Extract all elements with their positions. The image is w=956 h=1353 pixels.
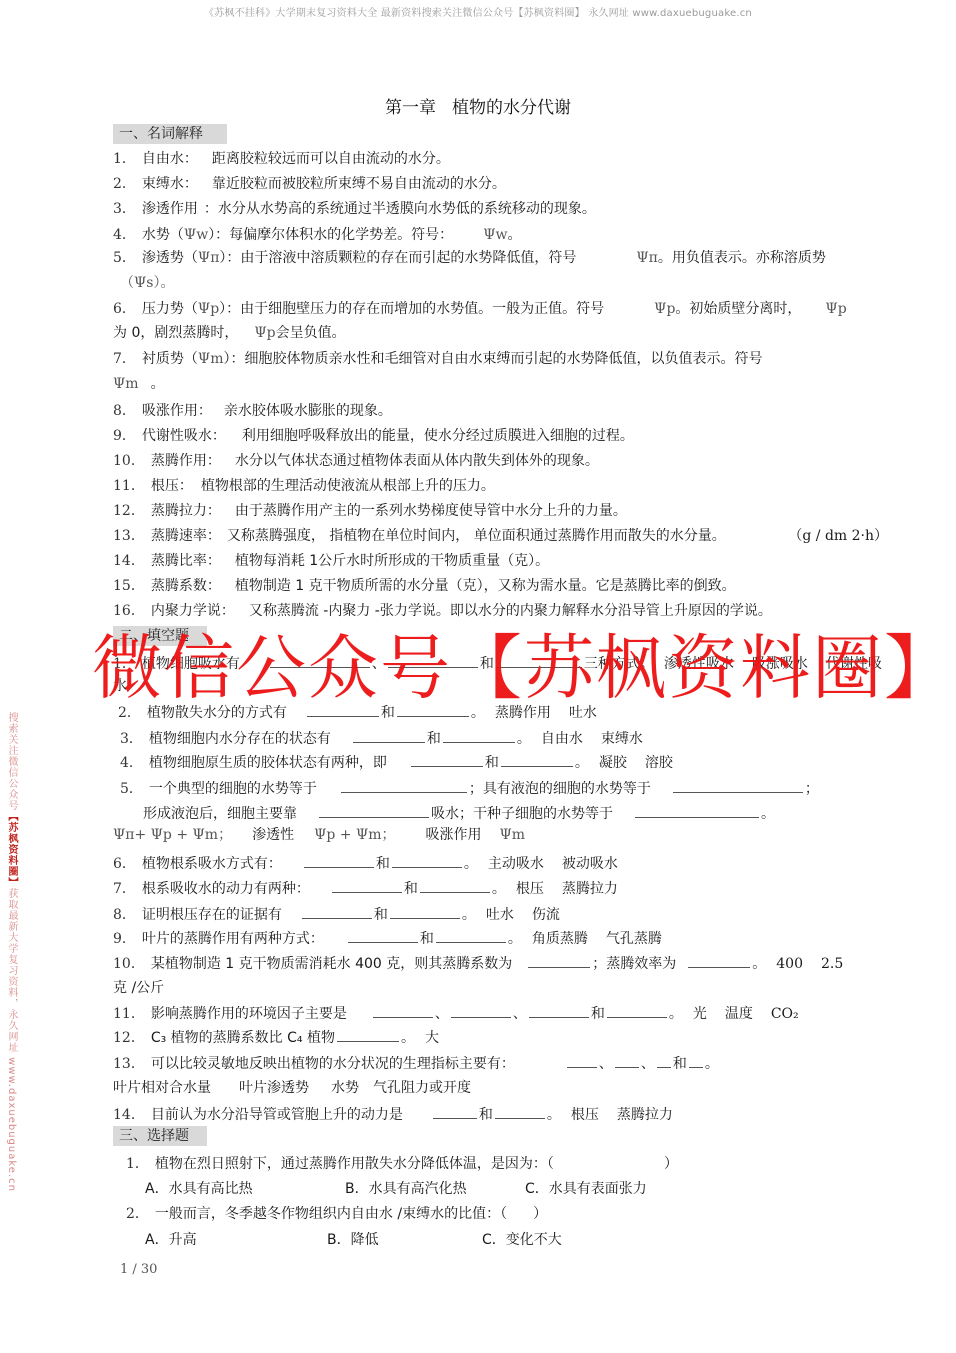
- answer-text: 根压: [571, 1107, 599, 1123]
- option-c[interactable]: C．水具有表面张力: [525, 1180, 647, 1198]
- answer-blank: [657, 1054, 671, 1068]
- answer-text: 被动吸水: [562, 856, 618, 872]
- item-number: 15．: [113, 578, 145, 594]
- item-number: 2．: [126, 1206, 149, 1222]
- fill-item: 4．植物细胞原生质的胶体状态有两种，即和。凝胶溶胶: [120, 753, 691, 772]
- definition-text: 植物制造 1 克干物质所需的水分量（克），又称为需水量。它是蒸腾比率的倒致。: [235, 578, 736, 594]
- question-text: 植物细胞原生质的胶体状态有两种，即: [149, 755, 387, 771]
- term: 根压：: [151, 478, 193, 494]
- page-number: 1 / 30: [120, 1262, 157, 1277]
- punct: 。: [575, 755, 589, 771]
- definition-text: 由于细胞壁压力的存在而增加的水势值。一般为正值。符号: [240, 301, 604, 317]
- answer-blank: [302, 905, 372, 919]
- item-number: 12．: [113, 503, 145, 519]
- answer-blank: [436, 929, 506, 943]
- item-number: 4．: [113, 227, 136, 243]
- punct: 。: [761, 806, 775, 822]
- definition-item: 16．内聚力学说：又称蒸腾流 -内聚力 -张力学说。即以水分的内聚力解释水分沿导…: [113, 602, 772, 620]
- punct: 、: [599, 1056, 613, 1072]
- question-text: 影响蒸腾作用的环境因子主要是: [151, 1006, 347, 1022]
- answer-text: 吐水: [569, 705, 597, 721]
- answer-text: 光: [693, 1006, 707, 1022]
- option-b[interactable]: B．水具有高汽化热: [345, 1180, 525, 1198]
- question-text: 植物在烈日照射下，通过蒸腾作用散失水分降低体温，是因为：（: [155, 1156, 554, 1172]
- option-c[interactable]: C．变化不大: [482, 1231, 562, 1249]
- punct: 。: [752, 956, 766, 972]
- definition-text: 。用负值表示。亦称溶质势: [658, 250, 826, 266]
- psi-symbol: Ψm: [198, 351, 224, 367]
- term: 自由水：: [142, 151, 198, 167]
- answer-text: Ψm: [500, 827, 526, 843]
- definition-text: 由于溶液中溶质颗粒的存在而引起的水势降低值，符号: [240, 250, 576, 266]
- answer-text: 叶片相对合水量: [113, 1080, 211, 1096]
- answer-text: 束缚水: [601, 731, 643, 747]
- choice-item: 2．一般而言，冬季越冬作物组织内自由水 /束缚水的比值：（）: [126, 1205, 547, 1223]
- answer-text: 水: [113, 678, 127, 694]
- psi-symbol: Ψm: [113, 376, 139, 392]
- punct: 。: [462, 907, 476, 923]
- definition-item: 2．束缚水：靠近胶粒而被胶粒所束缚不易自由流动的水分。: [113, 175, 506, 193]
- fill-answers: 叶片相对合水量叶片渗透势水势气孔阻力或开度: [113, 1079, 471, 1097]
- answer-blank: [495, 1105, 545, 1119]
- answer-text: 吐水: [486, 907, 514, 923]
- question-text: 植物根系吸水方式有：: [142, 856, 282, 872]
- answer-blank: [373, 1004, 433, 1018]
- item-number: 5．: [120, 781, 143, 797]
- unit-label: （g / dm 2·h）: [788, 527, 888, 545]
- question-text: 植物散失水分的方式有: [147, 705, 287, 721]
- answer-blank: [390, 905, 460, 919]
- side-banner-text-1: 搜索关注微信公众号: [6, 712, 17, 811]
- definition-continuation: 为 0，剧烈蒸腾时，Ψp会呈负值。: [113, 324, 346, 342]
- answer-text: CO₂: [771, 1006, 799, 1022]
- question-text: C₃ 植物的蒸腾系数比 C₄ 植物: [151, 1030, 335, 1046]
- punct: 和: [404, 881, 418, 897]
- definition-text: 利用细胞呼吸释放出的能量，使水分经过质膜进入细胞的过程。: [242, 428, 634, 444]
- definition-item: 7．衬质势（Ψm）：细胞胶体物质亲水性和毛细管对自由水束缚而引起的水势降低值，以…: [113, 350, 762, 368]
- term: 束缚水：: [142, 176, 198, 192]
- punct: 。: [471, 705, 485, 721]
- definition-text: 每偏摩尔体积水的化学势差。符号：: [229, 227, 453, 243]
- term: ）：: [208, 227, 229, 243]
- term: 蒸腾拉力：: [151, 503, 221, 519]
- punct: 、: [641, 1056, 655, 1072]
- definition-item: 11．根压：植物根部的生理活动使液流从根部上升的压力。: [113, 477, 495, 495]
- punct: 和: [480, 656, 494, 672]
- punct: 。: [547, 1107, 561, 1123]
- answer-text: 2.5: [821, 956, 843, 972]
- answer-text: 气孔蒸腾: [606, 931, 662, 947]
- question-text: 某植物制造 1 克干物质需消耗水 400 克，则其蒸腾系数为: [151, 956, 512, 972]
- question-text: ；具有液泡的细胞的水势等于: [469, 781, 651, 797]
- punct: 和: [591, 1006, 605, 1022]
- answer-blank: [341, 779, 467, 793]
- fill-continuation: 克 /公斤: [113, 979, 164, 997]
- answer-text: 气孔阻力或开度: [373, 1080, 471, 1096]
- question-text: 叶片的蒸腾作用有两种方式：: [142, 931, 324, 947]
- item-number: 10．: [113, 956, 145, 972]
- definition-item: 14．蒸腾比率：植物每消耗 1公斤水时所形成的干物质重量（克）。: [113, 552, 549, 570]
- definition-continuation: （Ψs）。: [120, 274, 174, 292]
- term: ）：: [223, 351, 244, 367]
- answer-blank: [443, 729, 515, 743]
- fill-item: 10．某植物制造 1 克干物质需消耗水 400 克，则其蒸腾系数为；蒸腾效率为。…: [113, 954, 861, 973]
- punct: 和: [673, 1056, 687, 1072]
- item-number: 1．: [126, 1156, 149, 1172]
- question-text: 植物细胞吸水有: [142, 656, 240, 672]
- term: 水势（: [142, 227, 184, 243]
- answer-text: 吸涨作用: [426, 827, 482, 843]
- answer-blank: [307, 703, 379, 717]
- psi-symbol: Ψw: [184, 227, 208, 243]
- definition-item: 6．压力势（Ψp）：由于细胞壁压力的存在而增加的水势值。一般为正值。符号Ψp。初…: [113, 300, 847, 318]
- answer-text: 代谢性吸: [826, 656, 882, 672]
- item-number: 6．: [113, 856, 136, 872]
- question-text: 目前认为水分沿导管或管胞上升的动力是: [151, 1107, 403, 1123]
- term: 内聚力学说：: [151, 603, 235, 619]
- punct: 、: [513, 1006, 527, 1022]
- definition-text: 水分以气体状态通过植物体表面从体内散失到体外的现象。: [235, 453, 599, 469]
- definition-text: 靠近胶粒而被胶粒所束缚不易自由流动的水分。: [212, 176, 506, 192]
- fill-continuation: 形成液泡后，细胞主要靠吸水；干种子细胞的水势等于。: [143, 804, 775, 823]
- answer-blank: [615, 1054, 639, 1068]
- punct: 和: [420, 931, 434, 947]
- term: 代谢性吸水：: [142, 428, 226, 444]
- question-text: 植物细胞内水分存在的状态有: [149, 731, 331, 747]
- psi-symbol: Ψw: [483, 227, 507, 243]
- option-a[interactable]: A．升高: [145, 1231, 327, 1249]
- psi-symbol: Ψπ: [198, 250, 219, 266]
- fill-item: 7．根系吸收水的动力有两种：和。根压蒸腾拉力: [113, 879, 636, 898]
- answer-text: 吸涨吸水: [752, 656, 808, 672]
- answer-blank: [348, 929, 418, 943]
- question-text: 证明根压存在的证据有: [142, 907, 282, 923]
- answer-text: Ψπ+ Ψp + Ψm；: [113, 827, 232, 843]
- answer-blank: [689, 1054, 703, 1068]
- fill-item: 3．植物细胞内水分存在的状态有和。自由水束缚水: [120, 729, 661, 748]
- answer-text: 渗透性吸水: [664, 656, 734, 672]
- chapter-name: 植物的水分代谢: [452, 98, 571, 118]
- punct: 和: [374, 907, 388, 923]
- psi-symbol: Ψp: [825, 301, 846, 317]
- definition-text: 为 0，剧烈蒸腾时，: [113, 325, 238, 341]
- item-number: 14．: [113, 553, 145, 569]
- definition-item: 5．渗透势（Ψπ）：由于溶液中溶质颗粒的存在而引起的水势降低值，符号Ψπ。用负值…: [113, 249, 826, 267]
- punct: 和: [381, 705, 395, 721]
- question-text: 三种方式。: [584, 656, 654, 672]
- answer-text: Ψp + Ψm；: [314, 827, 395, 843]
- answer-blank: [451, 1004, 511, 1018]
- definition-text: 由于蒸腾作用产主的一系列水势梯度使导管中水分上升的力量。: [235, 503, 627, 519]
- answer-text: 温度: [725, 1006, 753, 1022]
- term: 蒸腾作用：: [151, 453, 221, 469]
- punct: 。: [508, 931, 522, 947]
- answer-text: 克 /公斤: [113, 980, 164, 996]
- answer-text: 蒸腾拉力: [562, 881, 618, 897]
- answer-text: 主动吸水: [488, 856, 544, 872]
- definition-text: 又称蒸腾强度， 指植物在单位时间内， 单位面积通过蒸腾作用而散失的水分量。: [227, 528, 726, 544]
- answer-blank: [332, 879, 402, 893]
- item-number: 1．: [113, 656, 136, 672]
- answer-blank: [529, 1004, 589, 1018]
- definition-continuation: Ψm。: [113, 375, 165, 393]
- psi-symbol: （Ψs）。: [120, 275, 174, 291]
- item-number: 13．: [113, 1056, 145, 1072]
- item-number: 10．: [113, 453, 145, 469]
- definition-item: 9．代谢性吸水：利用细胞呼吸释放出的能量，使水分经过质膜进入细胞的过程。: [113, 427, 634, 445]
- term: 渗透作用: [142, 201, 198, 217]
- psi-symbol: Ψp: [654, 301, 675, 317]
- term: 压力势（: [142, 301, 198, 317]
- answer-blank: [567, 1054, 597, 1068]
- term: 蒸腾速率：: [151, 528, 221, 544]
- answer-text: 伤流: [532, 907, 560, 923]
- answer-text: 400: [776, 956, 803, 972]
- definition-item: 4．水势（Ψw）：每偏摩尔体积水的化学势差。符号：Ψw。: [113, 226, 521, 244]
- fill-answers: Ψπ+ Ψp + Ψm；渗透性Ψp + Ψm；吸涨作用Ψm: [113, 826, 525, 844]
- fill-item: 1．植物细胞吸水有、和三种方式。渗透性吸水吸涨吸水代谢性吸: [113, 654, 900, 673]
- answer-blank: [388, 654, 478, 668]
- choice-options: A．水具有高比热B．水具有高汽化热C．水具有表面张力: [145, 1180, 647, 1198]
- definition-text: 亲水胶体吸水膨胀的现象。: [224, 403, 392, 419]
- definition-text: 。初始质壁分离时，: [675, 301, 801, 317]
- answer-text: 蒸腾拉力: [617, 1107, 673, 1123]
- punct: ；: [805, 781, 819, 797]
- definition-text: 植物每消耗 1公斤水时所形成的干物质重量（克）。: [235, 553, 549, 569]
- option-b[interactable]: B．降低: [327, 1231, 482, 1249]
- question-text: 形成液泡后，细胞主要靠: [143, 806, 297, 822]
- side-banner-text-2: 【苏枫资料圈】: [6, 811, 17, 888]
- answer-blank: [433, 1105, 477, 1119]
- answer-text: 根压: [516, 881, 544, 897]
- punct: 和: [479, 1107, 493, 1123]
- answer-blank: [319, 804, 429, 818]
- answer-blank: [397, 703, 469, 717]
- answer-blank: [270, 654, 370, 668]
- punct: 。: [464, 856, 478, 872]
- punct: ）: [533, 1206, 547, 1222]
- punct: 。: [151, 376, 165, 392]
- punct: 和: [485, 755, 499, 771]
- answer-blank: [304, 854, 374, 868]
- answer-blank: [337, 1028, 399, 1042]
- punct: 。: [492, 881, 506, 897]
- definition-text: 距离胶粒较远而可以自由流动的水分。: [212, 151, 450, 167]
- fill-item: 2．植物散失水分的方式有和。蒸腾作用吐水: [118, 703, 615, 722]
- definition-text: 植物根部的生理活动使液流从根部上升的压力。: [201, 478, 495, 494]
- answer-text: 水势: [331, 1080, 359, 1096]
- answer-blank: [528, 954, 590, 968]
- item-number: 12．: [113, 1030, 145, 1046]
- item-number: 8．: [113, 403, 136, 419]
- definition-text: 又称蒸腾流 -内聚力 -张力学说。即以水分的内聚力解释水分沿导管上升原因的学说。: [249, 603, 772, 619]
- punct: 。: [669, 1006, 683, 1022]
- answer-text: 角质蒸腾: [532, 931, 588, 947]
- punct: 和: [376, 856, 390, 872]
- term: 吸涨作用：: [142, 403, 212, 419]
- item-number: 11．: [113, 478, 145, 494]
- definition-item: 15．蒸腾系数：植物制造 1 克干物质所需的水分量（克），又称为需水量。它是蒸腾…: [113, 577, 736, 595]
- section-heading-fill-in: 二、填空题: [113, 626, 207, 646]
- item-number: 11．: [113, 1006, 145, 1022]
- punct: 。: [401, 1030, 415, 1046]
- term: 蒸腾比率：: [151, 553, 221, 569]
- option-a[interactable]: A．水具有高比热: [145, 1180, 345, 1198]
- answer-text: 溶胶: [645, 755, 673, 771]
- answer-text: 蒸腾作用: [495, 705, 551, 721]
- answer-blank: [688, 954, 750, 968]
- definition-text: ：水分从水势高的系统通过半透膜向水势低的系统移动的现象。: [204, 201, 596, 217]
- fill-item: 13．可以比较灵敏地反映出植物的水分状况的生理指标主要有：、、和。: [113, 1054, 719, 1073]
- answer-blank: [411, 753, 483, 767]
- term: 衬质势（: [142, 351, 198, 367]
- item-number: 7．: [113, 351, 136, 367]
- answer-blank: [392, 854, 462, 868]
- fill-item: 11．影响蒸腾作用的环境因子主要是、、和。光温度CO₂: [113, 1004, 817, 1023]
- answer-blank: [353, 729, 425, 743]
- choice-item: 1．植物在烈日照射下，通过蒸腾作用散失水分降低体温，是因为：（）: [126, 1155, 678, 1173]
- answer-text: 凝胶: [599, 755, 627, 771]
- item-number: 16．: [113, 603, 145, 619]
- definition-item: 13．蒸腾速率：又称蒸腾强度， 指植物在单位时间内， 单位面积通过蒸腾作用而散失…: [113, 527, 888, 545]
- side-banner: 搜索关注微信公众号【苏枫资料圈】获取最新大学复习资料，永久网址 www.daxu…: [4, 712, 18, 1192]
- answer-text: 自由水: [541, 731, 583, 747]
- term: ）：: [219, 301, 240, 317]
- punct: 、: [435, 1006, 449, 1022]
- item-number: 2．: [118, 705, 141, 721]
- term: 蒸腾系数：: [151, 578, 221, 594]
- definition-text: 会呈负值。: [276, 325, 346, 341]
- question-text: 吸水；干种子细胞的水势等于: [431, 806, 613, 822]
- item-number: 3．: [113, 201, 136, 217]
- definition-item: 3．渗透作用：水分从水势高的系统通过半透膜向水势低的系统移动的现象。: [113, 200, 596, 218]
- punct: 、: [372, 656, 386, 672]
- item-number: 13．: [113, 528, 145, 544]
- side-banner-text-3: 获取最新大学复习资料，永久网址 www.daxuebuguake.cn: [6, 888, 17, 1192]
- answer-text: 渗透性: [252, 827, 294, 843]
- psi-symbol: Ψπ: [636, 250, 657, 266]
- item-number: 6．: [113, 301, 136, 317]
- definition-item: 12．蒸腾拉力：由于蒸腾作用产主的一系列水势梯度使导管中水分上升的力量。: [113, 502, 627, 520]
- answer-blank: [420, 879, 490, 893]
- answer-blank: [607, 1004, 667, 1018]
- page-title: 第一章植物的水分代谢: [0, 93, 956, 118]
- term: ）：: [219, 250, 240, 266]
- definition-item: 8．吸涨作用：亲水胶体吸水膨胀的现象。: [113, 402, 392, 420]
- item-number: 7．: [113, 881, 136, 897]
- punct: ）: [664, 1155, 678, 1173]
- answer-text: 叶片渗透势: [239, 1080, 309, 1096]
- fill-item: 5．一个典型的细胞的水势等于；具有液泡的细胞的水势等于；: [120, 779, 819, 798]
- question-text: ；蒸腾效率为: [592, 956, 676, 972]
- item-number: 9．: [113, 428, 136, 444]
- item-number: 9．: [113, 931, 136, 947]
- fill-item: 14．目前认为水分沿导管或管胞上升的动力是和。根压蒸腾拉力: [113, 1105, 691, 1124]
- punct: 。: [507, 227, 521, 243]
- answer-blank: [501, 753, 573, 767]
- question-text: 一般而言，冬季越冬作物组织内自由水 /束缚水的比值：（: [155, 1206, 507, 1222]
- fill-continuation: 水: [113, 677, 127, 695]
- answer-blank: [496, 654, 582, 668]
- fill-item: 8．证明根压存在的证据有和。吐水伤流: [113, 905, 578, 924]
- item-number: 2．: [113, 176, 136, 192]
- fill-item: 6．植物根系吸水方式有：和。主动吸水被动吸水: [113, 854, 636, 873]
- item-number: 14．: [113, 1107, 145, 1123]
- answer-blank: [635, 804, 759, 818]
- item-number: 5．: [113, 250, 136, 266]
- section-heading-definitions: 一、名词解释: [113, 124, 227, 144]
- question-text: 可以比较灵敏地反映出植物的水分状况的生理指标主要有：: [151, 1056, 515, 1072]
- section-heading-multiple-choice: 三、选择题: [113, 1126, 207, 1146]
- psi-symbol: Ψp: [254, 325, 275, 341]
- question-text: 根系吸收水的动力有两种：: [142, 881, 310, 897]
- term: 渗透势（: [142, 250, 198, 266]
- choice-options: A．升高B．降低C．变化不大: [145, 1231, 562, 1249]
- answer-text: 大: [425, 1030, 439, 1046]
- item-number: 3．: [120, 731, 143, 747]
- item-number: 8．: [113, 907, 136, 923]
- fill-item: 12．C₃ 植物的蒸腾系数比 C₄ 植物。大: [113, 1028, 457, 1047]
- question-text: 一个典型的细胞的水势等于: [149, 781, 317, 797]
- definition-text: 细胞胶体物质亲水性和毛细管对自由水束缚而引起的水势降低值，以负值表示。符号: [244, 351, 762, 367]
- punct: 。: [705, 1056, 719, 1072]
- answer-blank: [673, 779, 803, 793]
- item-number: 4．: [120, 755, 143, 771]
- punct: 和: [427, 731, 441, 747]
- punct: 。: [517, 731, 531, 747]
- header-banner: 《苏枫不挂科》大学期末复习资料大全 最新资料搜索关注微信公众号【苏枫资料圈】 永…: [0, 4, 956, 19]
- item-number: 1．: [113, 151, 136, 167]
- psi-symbol: Ψp: [198, 301, 219, 317]
- fill-item: 9．叶片的蒸腾作用有两种方式：和。角质蒸腾气孔蒸腾: [113, 929, 680, 948]
- definition-item: 10．蒸腾作用：水分以气体状态通过植物体表面从体内散失到体外的现象。: [113, 452, 599, 470]
- definition-item: 1．自由水：距离胶粒较远而可以自由流动的水分。: [113, 150, 450, 168]
- chapter-number: 第一章: [385, 98, 436, 118]
